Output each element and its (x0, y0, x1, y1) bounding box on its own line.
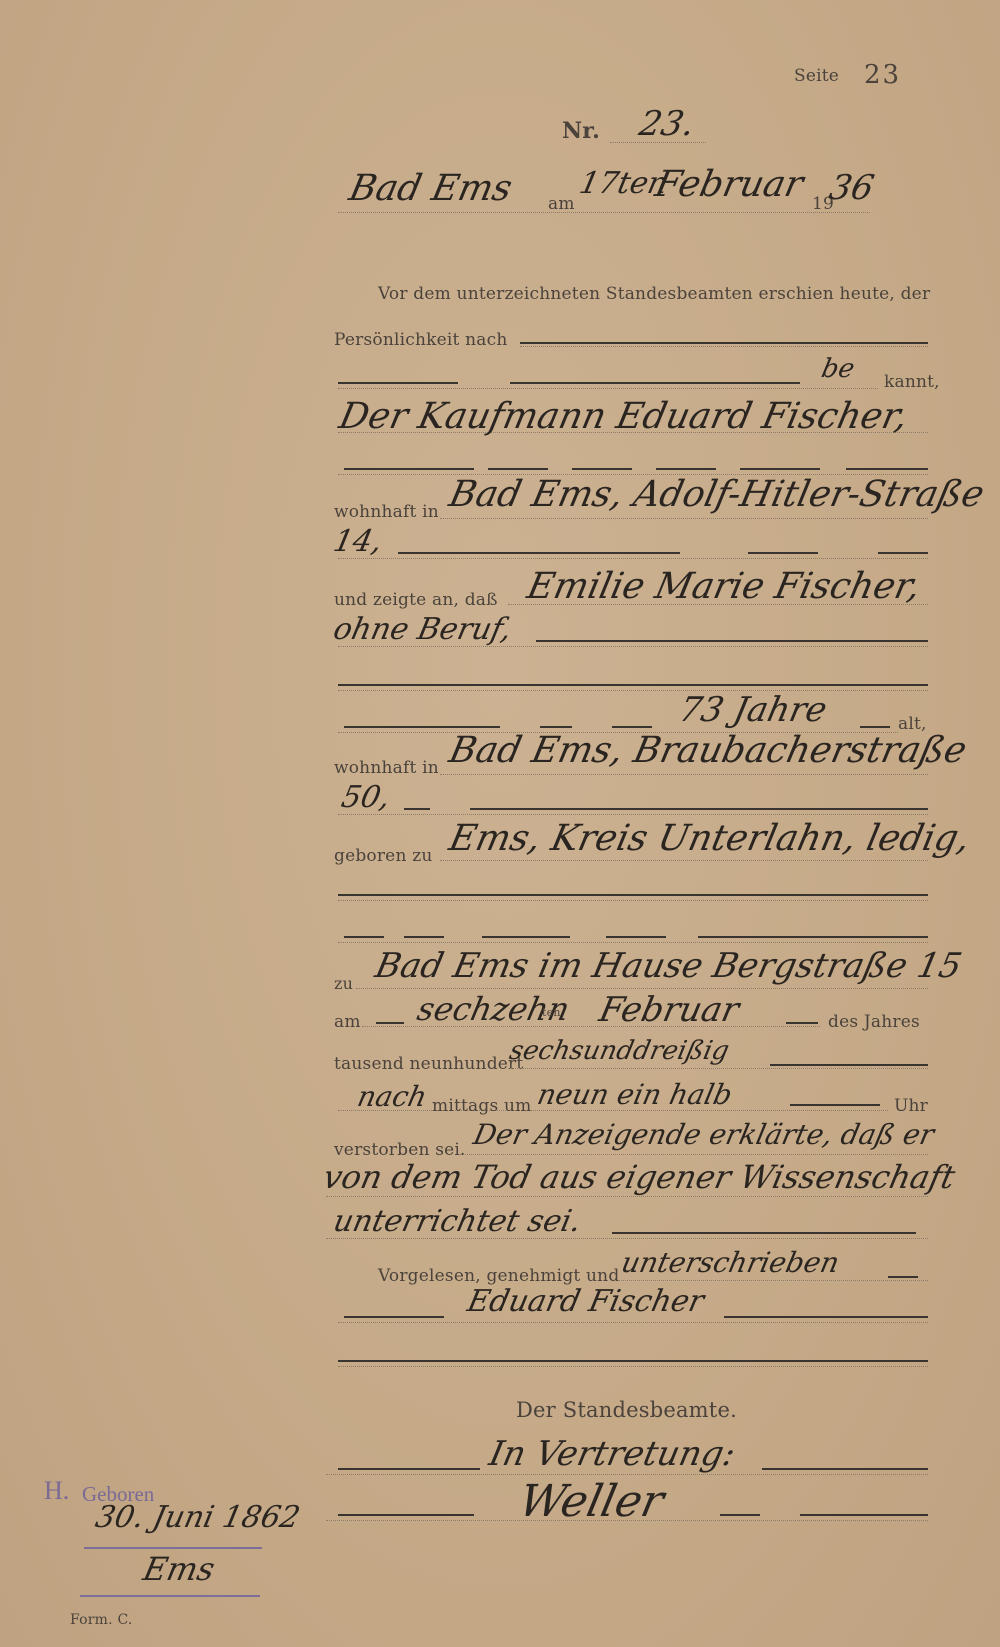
page-number: 23 (864, 60, 901, 90)
death-year-words: sechsunddreißig (507, 1036, 732, 1066)
zu-label: zu (334, 974, 353, 993)
deceased-address-1: Bad Ems, Braubacherstraße (446, 730, 971, 771)
intro-text: Vor dem unterzeichneten Standesbeamten e… (378, 284, 930, 304)
personality-label: Persönlichkeit nach (334, 330, 508, 350)
mittags-label: mittags um (432, 1096, 531, 1116)
am-label-2: am (334, 1012, 361, 1032)
date-month: Februar (652, 164, 807, 205)
informant-name: Der Kaufmann Eduard Fischer, (336, 396, 912, 437)
vorgelesen-label: Vorgelesen, genehmigt und (378, 1266, 619, 1286)
form-label: Form. C. (70, 1612, 133, 1628)
born-label: geboren zu (334, 846, 433, 866)
stamp-letter: H. (44, 1476, 69, 1506)
margin-birth-place: Ems (140, 1550, 218, 1588)
registrar-label: Der Standesbeamte. (516, 1398, 737, 1422)
resident-label-2: wohnhaft in (334, 758, 439, 778)
death-time: neun ein halb (534, 1078, 735, 1111)
am-label: am (548, 194, 575, 214)
informant-address-2: 14, (330, 524, 385, 559)
verstorben-label: verstorben sei. (334, 1140, 466, 1160)
informant-signature: Eduard Fischer (464, 1284, 707, 1319)
reported-label: und zeigte an, daß (334, 590, 498, 610)
death-month: Februar (596, 990, 743, 1030)
resident-label-1: wohnhaft in (334, 502, 439, 522)
representation: In Vertretung: (486, 1434, 739, 1474)
informant-address-1: Bad Ems, Adolf-Hitler-Straße (446, 474, 988, 515)
death-place: Bad Ems im Hause Bergstraße 15 (372, 946, 965, 986)
known-prefix: be (819, 354, 857, 384)
ten-suffix: ten (542, 1006, 561, 1019)
signed-text: unterschrieben (618, 1246, 842, 1279)
des-jahres-label: des Jahres (828, 1012, 920, 1032)
margin-birth-date: 30. Juni 1862 (92, 1500, 303, 1535)
tausend-label: tausend neunhundert (334, 1054, 523, 1074)
known-suffix: kannt, (884, 372, 940, 392)
registrar-signature: Weller (515, 1476, 669, 1527)
deceased-age: 73 Jahre (676, 690, 831, 730)
page-label: Seite (794, 66, 839, 86)
place: Bad Ems (346, 168, 516, 209)
nach-text: nach (354, 1080, 429, 1113)
year-suffix: 36 (826, 168, 878, 208)
record-number: 23. (636, 104, 699, 144)
declaration-2: von dem Tod aus eigener Wissenschaft (320, 1158, 958, 1196)
declaration-3: unterrichtet sei. (330, 1204, 584, 1239)
deceased-address-2: 50, (338, 780, 393, 815)
deceased-occupation: ohne Beruf, (330, 612, 514, 647)
uhr-label: Uhr (894, 1096, 928, 1116)
deceased-name: Emilie Marie Fischer, (524, 566, 925, 607)
declaration-1: Der Anzeigende erklärte, daß er (470, 1118, 937, 1151)
birthplace: Ems, Kreis Unterlahn, ledig, (446, 818, 974, 859)
nr-label: Nr. (562, 118, 600, 144)
